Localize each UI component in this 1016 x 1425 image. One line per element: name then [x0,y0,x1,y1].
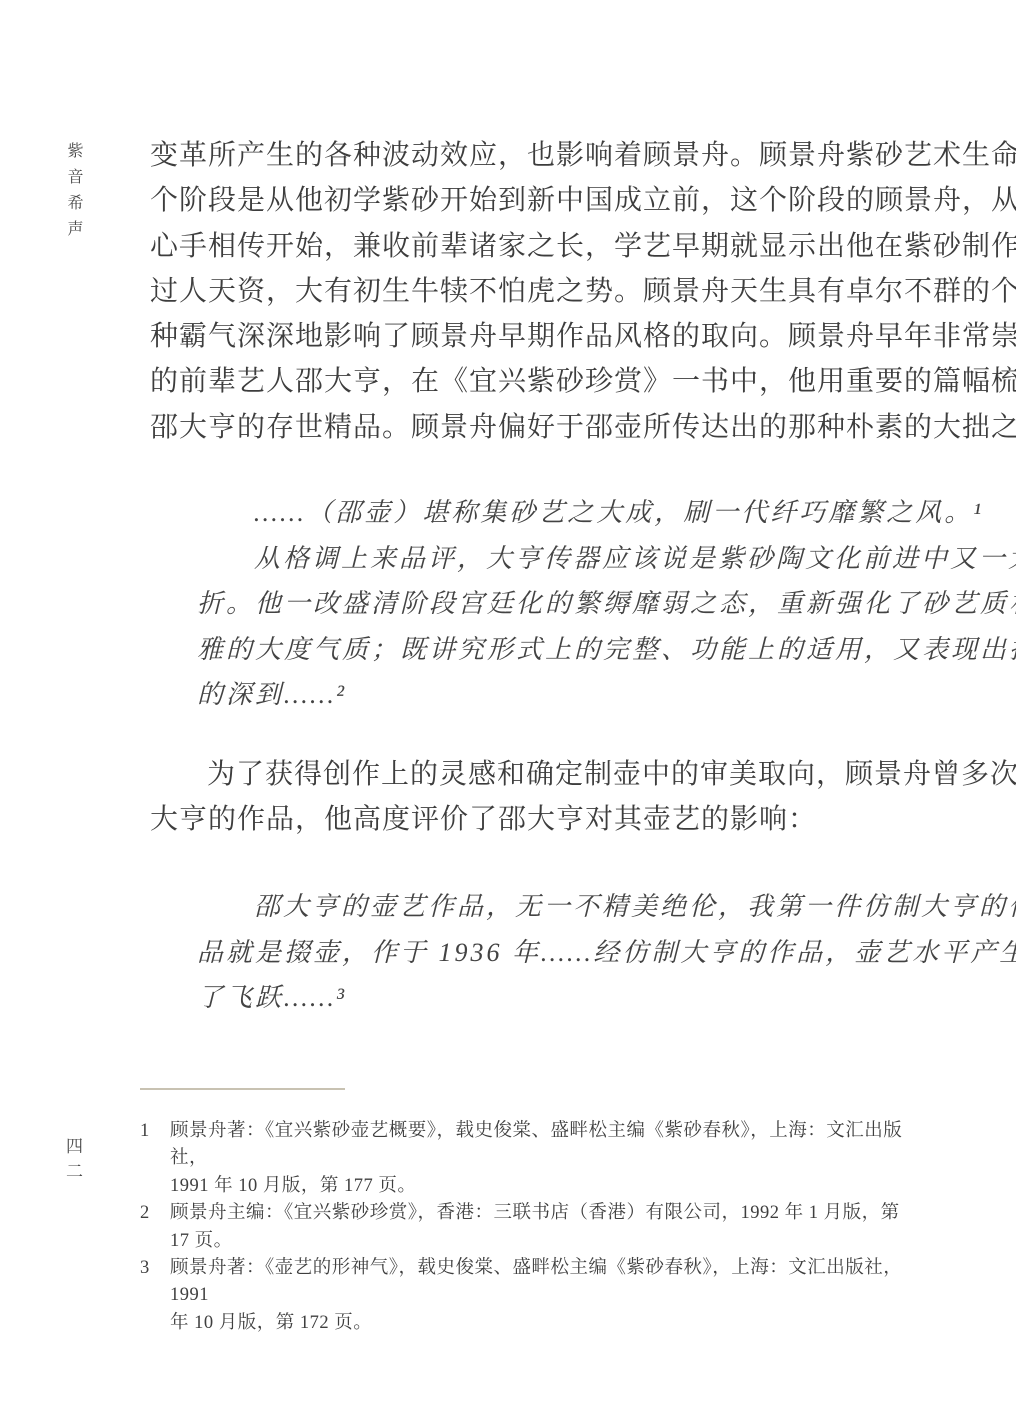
footnote-text: 顾景舟著：《宜兴紫砂壶艺概要》，载史俊棠、盛畔松主编《紫砂春秋》，上海：文汇出版… [170,1118,910,1200]
footnote-text: 顾景舟主编：《宜兴紫砂珍赏》，香港：三联书店（香港）有限公司，1992 年 1 … [170,1200,900,1255]
text-line: 的前辈艺人邵大亨，在《宜兴紫砂珍赏》一书中，他用重要的篇幅梳理了 [150,359,892,404]
footnote-line: 顾景舟著：《壶艺的形神气》，载史俊棠、盛畔松主编《紫砂春秋》，上海：文汇出版社，… [170,1255,910,1310]
footnote-2: 2 顾景舟主编：《宜兴紫砂珍赏》，香港：三联书店（香港）有限公司，1992 年 … [140,1200,910,1255]
text-line: 邵大亨的存世精品。顾景舟偏好于邵壶所传达出的那种朴素的大拙之美： [150,405,892,450]
text-line: 过人天资，大有初生牛犊不怕虎之势。顾景舟天生具有卓尔不群的个性，这 [150,269,892,314]
quote-line: 了飞跃……³ [197,975,892,1021]
quote-block-1: ……（邵壶）堪称集砂艺之大成，刷一代纤巧靡繁之风。¹ 从格调上来品评，大亨传器应… [197,490,892,718]
footnote-line: 顾景舟主编：《宜兴紫砂珍赏》，香港：三联书店（香港）有限公司，1992 年 1 … [170,1200,900,1227]
book-page: 紫音希声 四二 变革所产生的各种波动效应，也影响着顾景舟。顾景舟紫砂艺术生命的第… [0,0,1016,1425]
text-line: 大亨的作品，他高度评价了邵大亨对其壶艺的影响： [150,797,892,842]
text-line: 个阶段是从他初学紫砂开始到新中国成立前，这个阶段的顾景舟，从祖母的 [150,178,892,223]
footnote-1: 1 顾景舟著：《宜兴紫砂壶艺概要》，载史俊棠、盛畔松主编《紫砂春秋》，上海：文汇… [140,1118,910,1200]
quote-line: ……（邵壶）堪称集砂艺之大成，刷一代纤巧靡繁之风。¹ [197,490,892,536]
footnote-number: 2 [140,1200,170,1255]
text-line: 心手相传开始，兼收前辈诸家之长，学艺早期就显示出他在紫砂制作方面的 [150,224,892,269]
footnote-number: 1 [140,1118,170,1200]
text-line: 种霸气深深地影响了顾景舟早期作品风格的取向。顾景舟早年非常崇拜同村 [150,314,892,359]
quote-line: 邵大亨的壶艺作品，无一不精美绝伦，我第一件仿制大亨的作 [197,884,892,930]
footnote-separator [140,1088,345,1090]
quote-line: 从格调上来品评，大亨传器应该说是紫砂陶文化前进中又一大转 [197,536,892,582]
footnote-number: 3 [140,1255,170,1337]
paragraph-2: 为了获得创作上的灵感和确定制壶中的审美取向，顾景舟曾多次临摹邵 大亨的作品，他高… [150,752,892,843]
footnote-line: 顾景舟著：《宜兴紫砂壶艺概要》，载史俊棠、盛畔松主编《紫砂春秋》，上海：文汇出版… [170,1118,910,1173]
footnotes: 1 顾景舟著：《宜兴紫砂壶艺概要》，载史俊棠、盛畔松主编《紫砂春秋》，上海：文汇… [140,1118,910,1337]
text-line: 变革所产生的各种波动效应，也影响着顾景舟。顾景舟紫砂艺术生命的第一 [150,133,892,178]
footnote-text: 顾景舟著：《壶艺的形神气》，载史俊棠、盛畔松主编《紫砂春秋》，上海：文汇出版社，… [170,1255,910,1337]
paragraph-1: 变革所产生的各种波动效应，也影响着顾景舟。顾景舟紫砂艺术生命的第一 个阶段是从他… [150,133,892,450]
quote-line: 的深到……² [197,672,892,718]
margin-running-title: 紫音希声 [62,142,85,246]
page-number: 四二 [60,1137,85,1187]
footnote-line: 年 10 月版，第 172 页。 [170,1310,910,1337]
quote-block-2: 邵大亨的壶艺作品，无一不精美绝伦，我第一件仿制大亨的作 品就是掇壶，作于 193… [197,884,892,1021]
quote-line: 雅的大度气质；既讲究形式上的完整、功能上的适用，又表现出技巧 [197,627,892,673]
footnote-line: 1991 年 10 月版，第 177 页。 [170,1173,910,1200]
footnote-3: 3 顾景舟著：《壶艺的形神气》，载史俊棠、盛畔松主编《紫砂春秋》，上海：文汇出版… [140,1255,910,1337]
text-line: 为了获得创作上的灵感和确定制壶中的审美取向，顾景舟曾多次临摹邵 [150,752,892,797]
footnote-line: 17 页。 [170,1228,900,1255]
quote-line: 折。他一改盛清阶段宫廷化的繁缛靡弱之态，重新强化了砂艺质朴典 [197,581,892,627]
quote-line: 品就是掇壶，作于 1936 年……经仿制大亨的作品，壶艺水平产生 [197,930,892,976]
